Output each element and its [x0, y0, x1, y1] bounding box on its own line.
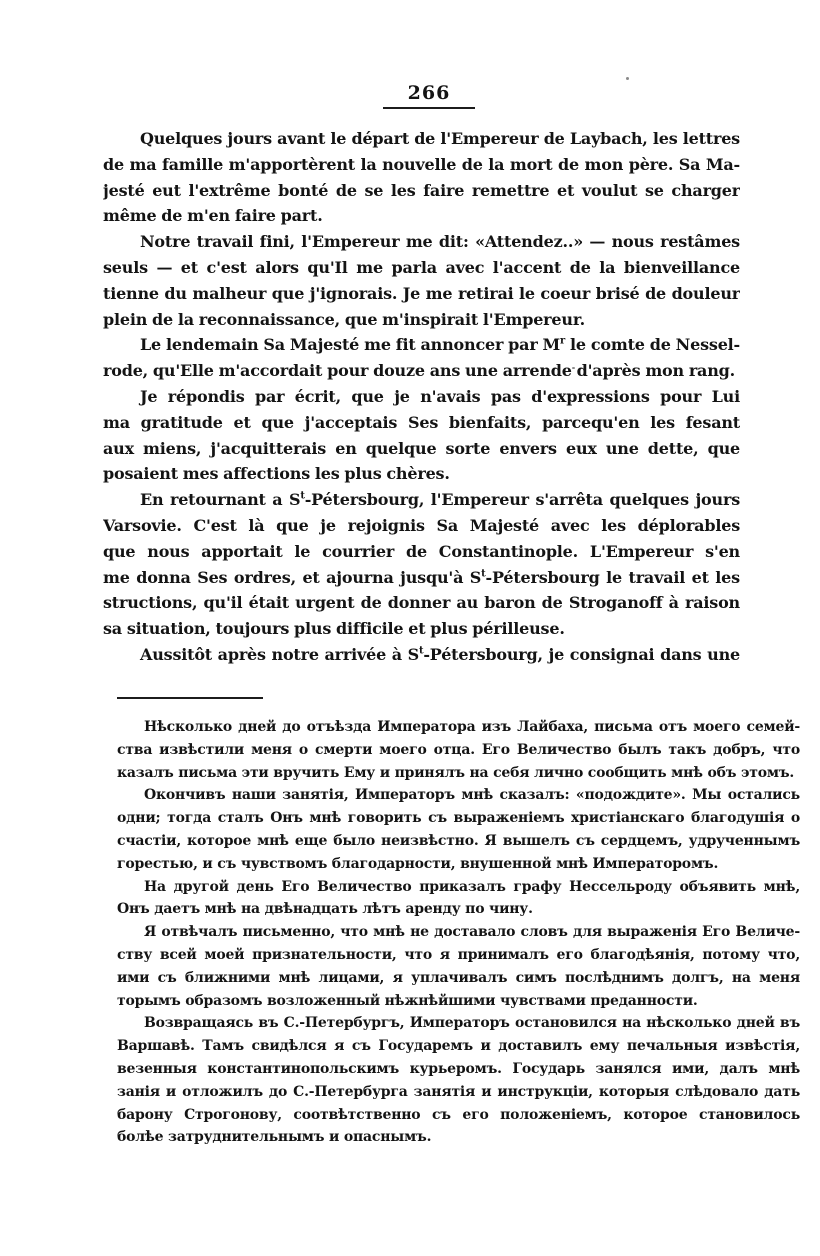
text-line: Окончивъ наши занятія, Императоръ мнѣ ск…	[117, 784, 800, 807]
scan-speck	[626, 77, 629, 80]
text-line: sa situation, toujours plus difficile et…	[103, 616, 740, 642]
paragraph: Я отвѣчалъ письменно, что мнѣ не достава…	[117, 921, 800, 1012]
paragraph: Notre travail fini, l'Empereur me dit: «…	[103, 229, 740, 332]
text-line: Нѣсколько дней до отъѣзда Императора изъ…	[117, 716, 800, 739]
paragraph: Je répondis par écrit, que je n'avais pa…	[103, 384, 740, 487]
paragraph: Aussitôt après notre arrivée à St-Péters…	[103, 642, 740, 668]
text-line: Aussitôt après notre arrivée à St-Péters…	[103, 642, 740, 668]
text-line: ства извѣстили меня о смерти моего отца.…	[117, 739, 800, 762]
paragraph: Нѣсколько дней до отъѣзда Императора изъ…	[117, 716, 800, 784]
book-page: 266 Quelques jours avant le départ de l'…	[0, 0, 820, 1256]
text-line: ими съ ближними мнѣ лицами, я уплачивалъ…	[117, 967, 800, 990]
text-line: jesté eut l'extrême bonté de se les fair…	[103, 178, 740, 204]
paragraph: Возвращаясь въ С.-Петербургъ, Императоръ…	[117, 1012, 800, 1149]
text-line: rode, qu'Elle m'accordait pour douze ans…	[103, 358, 740, 384]
text-line: de ma famille m'apportèrent la nouvelle …	[103, 152, 740, 178]
page-number: 266	[383, 82, 475, 109]
paragraph: En retournant a St-Pétersbourg, l'Empere…	[103, 487, 740, 642]
text-line: structions, qu'il était urgent de donner…	[103, 590, 740, 616]
text-line: Я отвѣчалъ письменно, что мнѣ не достава…	[117, 921, 800, 944]
text-line: posaient mes affections les plus chères.	[103, 461, 740, 487]
text-line: même de m'en faire part.	[103, 203, 740, 229]
text-line: ству всей моей признательности, что я пр…	[117, 944, 800, 967]
text-line: que nous apportait le courrier de Consta…	[103, 539, 740, 565]
text-line: seuls — et c'est alors qu'Il me parla av…	[103, 255, 740, 281]
text-line: Quelques jours avant le départ de l'Empe…	[103, 126, 740, 152]
text-line: Le lendemain Sa Majesté me fit annoncer …	[103, 332, 740, 358]
paragraph: На другой день Его Величество приказалъ …	[117, 876, 800, 922]
text-line: барону Строгонову, соотвѣтственно съ его…	[117, 1104, 800, 1127]
text-line: везенныя константинопольскимъ курьеромъ.…	[117, 1058, 800, 1081]
text-line: торымъ образомъ возложенный нѣжнѣйшими ч…	[117, 990, 800, 1013]
text-line: Varsovie. C'est là que je rejoignis Sa M…	[103, 513, 740, 539]
text-line: одни; тогда сталъ Онъ мнѣ говорить съ вы…	[117, 807, 800, 830]
text-line: горестью, и съ чувствомъ благодарности, …	[117, 853, 800, 876]
paragraph: Le lendemain Sa Majesté me fit annoncer …	[103, 332, 740, 384]
text-line: Возвращаясь въ С.-Петербургъ, Императоръ…	[117, 1012, 800, 1035]
paragraph: Окончивъ наши занятія, Императоръ мнѣ ск…	[117, 784, 800, 875]
text-line: ma gratitude et que j'acceptais Ses bien…	[103, 410, 740, 436]
paragraph: Quelques jours avant le départ de l'Empe…	[103, 126, 740, 229]
text-line: me donna Ses ordres, et ajourna jusqu'à …	[103, 565, 740, 591]
text-line: казалъ письма эти вручить Ему и принялъ …	[117, 762, 800, 785]
text-line: tienne du malheur que j'ignorais. Je me …	[103, 281, 740, 307]
text-line: счастіи, которое мнѣ еще было неизвѣстно…	[117, 830, 800, 853]
text-line: Notre travail fini, l'Empereur me dit: «…	[103, 229, 740, 255]
text-line: болѣе затруднительнымъ и опаснымъ.	[117, 1126, 800, 1149]
text-line: aux miens, j'acquitterais en quelque sor…	[103, 436, 740, 462]
footnote-separator-rule	[117, 697, 263, 699]
text-line: plein de la reconnaissance, que m'inspir…	[103, 307, 740, 333]
text-line: En retournant a St-Pétersbourg, l'Empere…	[103, 487, 740, 513]
text-line: Онъ даетъ мнѣ на двѣнадцать лѣтъ аренду …	[117, 898, 800, 921]
russian-footnote-block: Нѣсколько дней до отъѣзда Императора изъ…	[117, 716, 800, 1149]
text-line: занія и отложилъ до С.-Петербурга заняті…	[117, 1081, 800, 1104]
french-text-block: Quelques jours avant le départ de l'Empe…	[103, 126, 740, 668]
text-line: Варшавѣ. Тамъ свидѣлся я съ Государемъ и…	[117, 1035, 800, 1058]
text-line: На другой день Его Величество приказалъ …	[117, 876, 800, 899]
text-line: Je répondis par écrit, que je n'avais pa…	[103, 384, 740, 410]
